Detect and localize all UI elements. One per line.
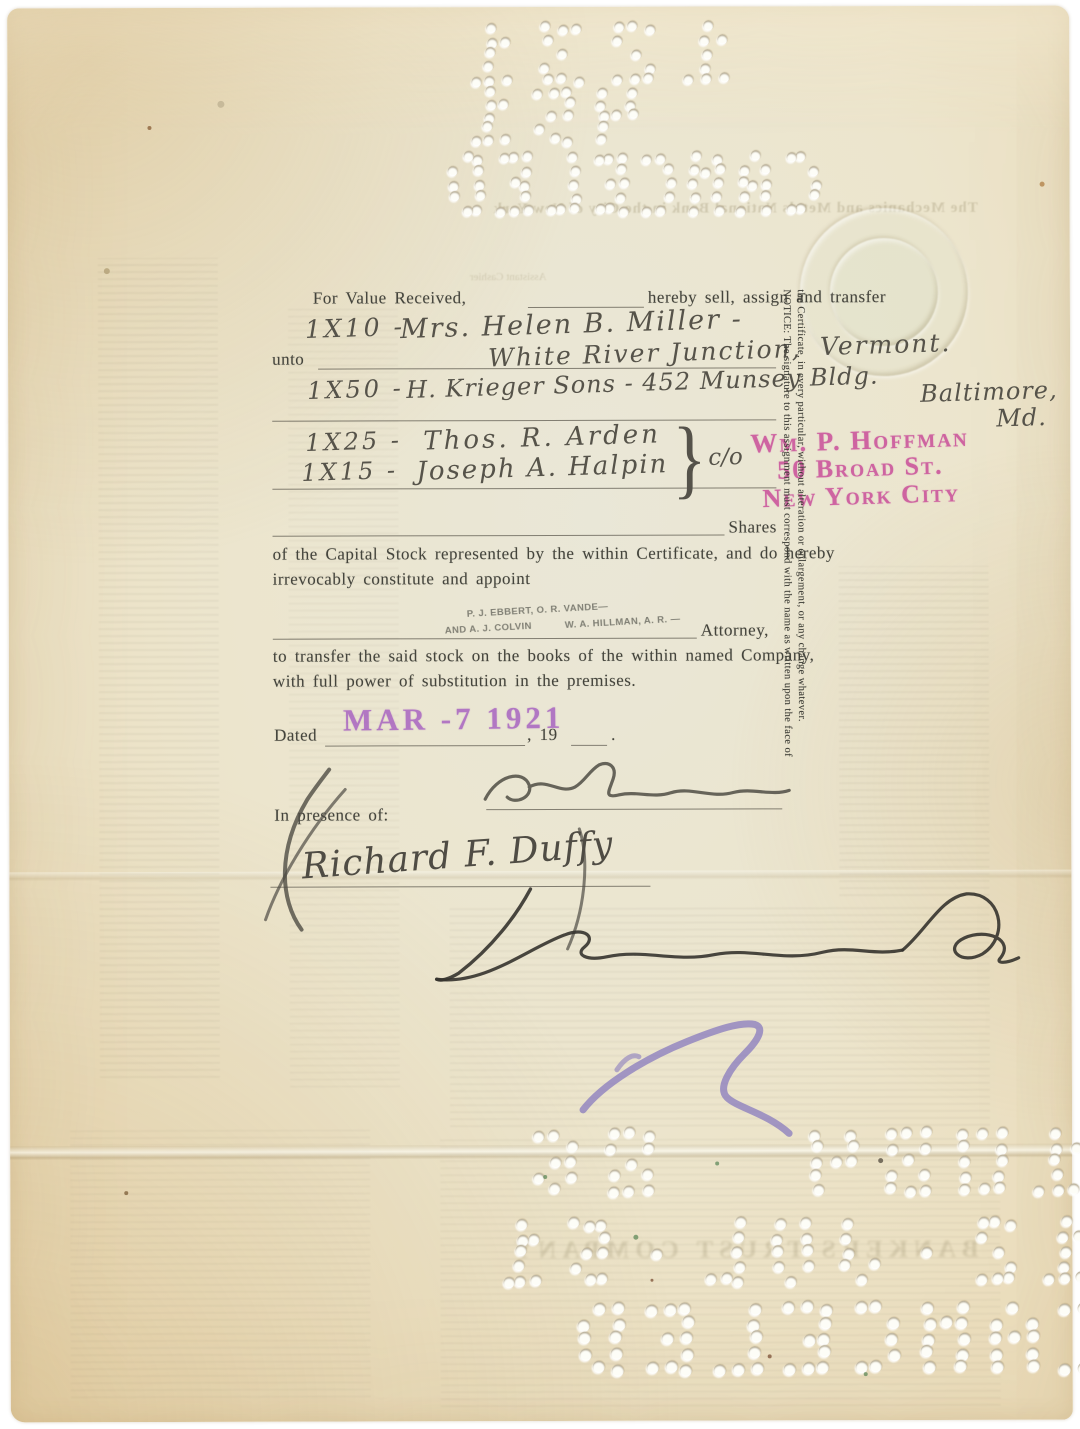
- punch-hole: [901, 1127, 912, 1138]
- punch-hole: [543, 74, 553, 84]
- punch-hole: [715, 206, 725, 216]
- attorney-names-stamp-line1: P. J. EBBERT, O. R. VANDE—: [467, 601, 609, 620]
- showthrough-band: [288, 307, 400, 1087]
- punch-hole: [922, 1302, 934, 1314]
- punch-hole: [784, 1363, 796, 1375]
- paper-speck: [124, 1191, 128, 1195]
- punch-hole: [831, 1156, 842, 1167]
- punch-hole: [1057, 1232, 1068, 1243]
- punch-hole: [578, 1320, 590, 1332]
- punch-hole: [611, 1348, 623, 1360]
- punch-hole: [991, 1349, 1003, 1361]
- punch-hole: [1009, 1331, 1021, 1343]
- punch-hole: [561, 87, 571, 97]
- punch-hole: [818, 1333, 830, 1345]
- punch-hole: [627, 88, 637, 98]
- punch-hole: [574, 77, 584, 87]
- punch-hole: [568, 152, 578, 162]
- punch-hole: [1058, 1262, 1069, 1273]
- punch-hole: [701, 74, 711, 84]
- punch-hole: [482, 121, 492, 131]
- punch-hole: [471, 77, 481, 87]
- punch-hole: [596, 204, 606, 214]
- punch-hole: [1071, 1143, 1080, 1154]
- punch-hole: [642, 155, 652, 165]
- punch-hole: [846, 1155, 857, 1166]
- punch-hole: [732, 1276, 743, 1287]
- punch-row: [472, 1218, 1080, 1301]
- punch-hole: [979, 1183, 990, 1194]
- unto-label: unto: [272, 350, 304, 370]
- year-blank-line: [571, 745, 607, 746]
- punch-cancellation-layer: [7, 6, 1069, 9]
- punch-hole: [1003, 1272, 1014, 1283]
- punch-hole: [571, 24, 581, 34]
- punch-hole: [735, 1216, 746, 1227]
- punch-hole: [989, 1216, 1000, 1227]
- punch-hole: [449, 181, 459, 191]
- punch-hole: [532, 89, 542, 99]
- punch-hole: [997, 1155, 1008, 1166]
- punch-hole: [643, 1143, 654, 1154]
- punch-hole: [702, 50, 712, 60]
- punch-hole: [761, 190, 771, 200]
- paper-speck: [768, 1354, 772, 1358]
- punch-hole: [959, 1156, 970, 1167]
- entry4-quantity: 1X15 -: [301, 456, 398, 487]
- punch-hole: [941, 1316, 953, 1328]
- punch-hole: [664, 164, 674, 174]
- punch-hole: [630, 74, 640, 84]
- punch-hole: [548, 1130, 559, 1141]
- punch-hole: [773, 1261, 784, 1272]
- punch-hole: [680, 1365, 692, 1377]
- punch-hole: [731, 1246, 742, 1257]
- company-signature-scrawl: [434, 884, 1034, 1021]
- punch-hole: [714, 1365, 726, 1377]
- punch-hole: [558, 25, 568, 35]
- attorney-blank-line: [273, 638, 697, 640]
- punch-hole: [665, 1304, 677, 1316]
- punch-hole: [740, 191, 750, 201]
- punch-hole: [503, 1277, 514, 1288]
- punch-hole: [667, 178, 677, 188]
- punch-hole: [903, 1154, 914, 1165]
- punch-hole: [886, 1333, 898, 1345]
- punch-hole: [498, 99, 508, 109]
- punch-hole: [617, 164, 627, 174]
- punch-hole: [771, 1234, 782, 1245]
- punch-hole: [905, 1186, 916, 1197]
- punch-hole: [486, 100, 496, 110]
- attorney-label: Attorney,: [701, 620, 769, 640]
- paper-speck: [1040, 182, 1045, 187]
- punch-hole: [485, 86, 495, 96]
- punch-hole: [993, 1247, 1004, 1258]
- punch-row: [445, 87, 637, 158]
- punch-hole: [716, 164, 726, 174]
- punch-hole: [958, 1140, 969, 1151]
- punch-hole: [991, 1319, 1003, 1331]
- punch-hole: [569, 180, 579, 190]
- punch-hole: [992, 1361, 1004, 1373]
- paper-speck: [147, 126, 151, 130]
- punch-hole: [502, 75, 512, 85]
- punch-hole: [530, 1275, 541, 1286]
- shares-blank-line: [273, 535, 725, 537]
- punch-hole: [870, 1360, 882, 1372]
- punch-hole: [801, 1233, 812, 1244]
- punch-hole: [993, 1171, 1004, 1182]
- punch-hole: [608, 1187, 619, 1198]
- punch-hole: [796, 203, 806, 213]
- punch-hole: [733, 1231, 744, 1242]
- punch-hole: [856, 1301, 868, 1313]
- paper-speck: [543, 1175, 547, 1179]
- punch-hole: [1007, 1302, 1019, 1314]
- punch-hole: [631, 50, 641, 60]
- punch-hole: [889, 1349, 901, 1361]
- punch-hole: [840, 1233, 851, 1244]
- punch-hole: [570, 1263, 581, 1274]
- punch-hole: [606, 179, 616, 189]
- punch-hole: [619, 207, 629, 217]
- punch-hole: [925, 1318, 937, 1330]
- punch-hole: [787, 204, 797, 214]
- punch-hole: [612, 1365, 624, 1377]
- punch-hole: [614, 22, 624, 32]
- punch-hole: [549, 1183, 560, 1194]
- punch-hole: [500, 37, 510, 47]
- punch-hole: [1061, 1216, 1072, 1227]
- punch-hole: [800, 1217, 811, 1228]
- punch-hole: [579, 1332, 591, 1344]
- punch-row: [784, 1128, 1080, 1210]
- punch-hole: [666, 1361, 678, 1373]
- punch-hole: [888, 1317, 900, 1329]
- punch-hole: [611, 110, 621, 120]
- punch-hole: [990, 1332, 1002, 1344]
- punch-hole: [597, 1247, 608, 1258]
- punch-hole: [614, 1319, 626, 1331]
- punch-hole: [595, 155, 605, 165]
- entry4-name: Joseph A. Halpin: [416, 449, 669, 487]
- ghost-assistant-cashier: Assistant Cashier: [470, 271, 547, 283]
- punch-hole: [886, 1128, 897, 1139]
- year-period: .: [611, 725, 616, 745]
- punch-hole: [705, 1274, 716, 1285]
- punch-hole: [1005, 1220, 1016, 1231]
- punch-hole: [886, 1170, 897, 1181]
- punch-hole: [485, 47, 495, 57]
- punch-hole: [802, 1300, 814, 1312]
- punch-hole: [521, 191, 531, 201]
- punch-hole: [1068, 1184, 1079, 1195]
- punch-hole: [620, 178, 630, 188]
- dated-label: Dated: [274, 726, 317, 746]
- punch-hole: [992, 1273, 1003, 1284]
- punch-hole: [550, 133, 560, 143]
- punch-hole: [557, 49, 567, 59]
- punch-hole: [562, 137, 572, 147]
- punch-hole: [762, 205, 772, 215]
- punch-hole: [681, 1332, 693, 1344]
- punch-hole: [921, 1126, 932, 1137]
- punch-hole: [775, 1218, 786, 1229]
- punch-hole: [476, 190, 486, 200]
- punch-hole: [464, 151, 474, 161]
- punch-hole: [543, 35, 553, 45]
- punch-hole: [486, 23, 496, 33]
- punch-hole: [817, 1361, 829, 1373]
- punch-hole: [624, 1127, 635, 1138]
- punch-hole: [599, 1232, 610, 1243]
- punch-hole: [1073, 1231, 1080, 1242]
- punch-hole: [748, 180, 758, 190]
- punch-hole: [550, 1157, 561, 1168]
- punch-hole: [605, 203, 615, 213]
- punch-hole: [921, 1247, 932, 1258]
- punch-hole: [751, 1330, 763, 1342]
- punch-hole: [752, 1362, 764, 1374]
- punch-hole: [511, 177, 521, 187]
- punch-hole: [749, 1346, 761, 1358]
- transfer-line1: to transfer the said stock on the books …: [273, 645, 815, 666]
- punch-hole: [996, 1144, 1007, 1155]
- punch-hole: [533, 1173, 544, 1184]
- punch-hole: [1050, 1128, 1061, 1139]
- punch-hole: [566, 1172, 577, 1183]
- brace-glyph: }: [672, 409, 706, 510]
- punch-hole: [785, 1276, 796, 1287]
- punch-hole: [688, 179, 698, 189]
- punch-hole: [820, 1317, 832, 1329]
- punch-hole: [689, 207, 699, 217]
- punch-hole: [528, 1234, 539, 1245]
- paper-speck: [650, 1279, 653, 1282]
- punch-hole: [500, 153, 510, 163]
- punch-hole: [656, 154, 666, 164]
- paper-speck: [715, 1162, 719, 1166]
- hoffman-stamp-city: New York City: [737, 478, 986, 514]
- entry1-quantity: 1X10 -: [305, 312, 406, 344]
- punch-hole: [772, 1245, 783, 1256]
- punch-hole: [513, 1260, 524, 1271]
- punch-hole: [856, 1274, 867, 1285]
- punch-hole: [568, 1217, 579, 1228]
- punch-hole: [802, 1244, 813, 1255]
- punch-hole: [547, 205, 557, 215]
- punch-hole: [804, 1334, 816, 1346]
- punch-hole: [484, 76, 494, 86]
- punch-hole: [921, 1345, 933, 1357]
- certificate-back-paper: The Mechanics and Metals National Bank i…: [7, 6, 1073, 1423]
- punch-hole: [700, 64, 710, 74]
- punch-hole: [810, 189, 820, 199]
- punch-hole: [563, 110, 573, 120]
- punch-hole: [870, 1300, 882, 1312]
- punch-hole: [595, 1220, 606, 1231]
- punch-hole: [496, 207, 506, 217]
- punch-hole: [920, 1143, 931, 1154]
- punch-hole: [645, 25, 655, 35]
- punch-hole: [523, 151, 533, 161]
- punch-hole: [812, 1140, 823, 1151]
- punch-hole: [534, 124, 544, 134]
- punch-hole: [821, 1304, 833, 1316]
- punch-hole: [976, 1232, 987, 1243]
- punch-hole: [787, 152, 797, 162]
- punch-hole: [683, 1316, 695, 1328]
- punch-hole: [540, 21, 550, 31]
- entry2-state: Md.: [996, 403, 1047, 433]
- punch-hole: [1059, 1273, 1070, 1284]
- punch-row: [555, 1302, 1080, 1390]
- punch-hole: [483, 135, 493, 145]
- entry1-state: Vermont.: [820, 328, 952, 361]
- punch-hole: [616, 193, 626, 203]
- punch-hole: [595, 101, 605, 111]
- punch-hole: [509, 152, 519, 162]
- punch-hole: [1027, 1318, 1039, 1330]
- purple-crayon-mark: [555, 1011, 805, 1142]
- punch-hole: [471, 136, 481, 146]
- punch-hole: [546, 111, 556, 121]
- punch-hole: [609, 1128, 620, 1139]
- punch-hole: [683, 75, 693, 85]
- punch-hole: [570, 203, 580, 213]
- punch-hole: [580, 1349, 592, 1361]
- punch-hole: [556, 73, 566, 83]
- punch-hole: [691, 193, 701, 203]
- punch-hole: [813, 1184, 824, 1195]
- capital-stock-line1: of the Capital Stock represented by the …: [273, 543, 835, 564]
- punch-hole: [524, 205, 534, 215]
- punch-hole: [656, 206, 666, 216]
- punch-hole: [959, 1333, 971, 1345]
- punch-hole: [885, 1182, 896, 1193]
- punch-hole: [920, 1185, 931, 1196]
- punch-hole: [594, 1303, 606, 1315]
- punch-hole: [610, 1331, 622, 1343]
- punch-hole: [612, 75, 622, 85]
- punch-hole: [596, 1273, 607, 1284]
- punch-hole: [762, 179, 772, 189]
- punch-hole: [642, 1169, 653, 1180]
- punch-hole: [520, 181, 530, 191]
- punch-hole: [609, 1170, 620, 1181]
- punch-hole: [651, 1249, 662, 1260]
- showthrough-band: [839, 566, 990, 896]
- punch-hole: [463, 206, 473, 216]
- hoffman-address-stamp: Wm. P. Hoffman 50 Broad St. New York Cit…: [735, 422, 985, 514]
- punch-hole: [796, 151, 806, 161]
- punch-hole: [682, 1349, 694, 1361]
- punch-hole: [960, 1172, 971, 1183]
- punch-hole: [584, 1221, 595, 1232]
- capital-stock-line2: irrevocably constitute and appoint: [273, 569, 531, 590]
- punch-hole: [646, 1305, 658, 1317]
- punch-hole: [514, 1276, 525, 1287]
- year-prefix: , 19: [527, 725, 558, 745]
- punch-hole: [623, 1186, 634, 1197]
- punch-hole: [721, 1272, 732, 1283]
- punch-hole: [475, 180, 485, 190]
- punch-hole: [869, 1258, 880, 1269]
- punch-hole: [516, 1219, 527, 1230]
- punch-hole: [783, 1301, 795, 1313]
- punch-hole: [734, 1261, 745, 1272]
- punch-hole: [692, 151, 702, 161]
- punch-hole: [599, 111, 609, 121]
- punch-hole: [643, 1185, 654, 1196]
- punch-hole: [565, 1156, 576, 1167]
- notice-column-2: the Certificate, in every particular, wi…: [793, 289, 809, 917]
- punch-hole: [474, 165, 484, 175]
- punch-hole: [811, 1157, 822, 1168]
- punch-hole: [959, 1184, 970, 1195]
- punch-hole: [750, 1303, 762, 1315]
- punch-hole: [1028, 1360, 1040, 1372]
- punch-hole: [1052, 1169, 1063, 1180]
- punch-hole: [598, 121, 608, 131]
- punch-row: [436, 152, 820, 228]
- punch-hole: [448, 166, 458, 176]
- punch-hole: [647, 1362, 659, 1374]
- punch-hole: [955, 1360, 967, 1372]
- punch-hole: [703, 21, 713, 31]
- punch-hole: [1028, 1330, 1040, 1342]
- punch-hole: [1043, 1274, 1054, 1285]
- punch-hole: [1059, 1304, 1071, 1316]
- punch-hole: [679, 1303, 691, 1315]
- punch-hole: [642, 207, 652, 217]
- punch-hole: [957, 1129, 968, 1140]
- punch-hole: [604, 154, 614, 164]
- punch-hole: [719, 73, 729, 83]
- punch-hole: [994, 1182, 1005, 1193]
- punch-hole: [977, 1128, 988, 1139]
- punch-hole: [662, 1333, 674, 1345]
- punch-hole: [556, 204, 566, 214]
- paper-speck: [878, 1158, 883, 1163]
- punch-hole: [712, 192, 722, 202]
- paper-speck: [104, 268, 110, 274]
- punch-hole: [819, 1345, 831, 1357]
- punch-hole: [1027, 1348, 1039, 1360]
- punch-hole: [665, 192, 675, 202]
- punch-hole: [626, 1159, 637, 1170]
- showthrough-band: [98, 258, 220, 1078]
- punch-hole: [690, 165, 700, 175]
- punch-hole: [761, 164, 771, 174]
- punch-hole: [627, 21, 637, 31]
- punch-hole: [585, 1274, 596, 1285]
- for-value-received-text: For Value Received,: [313, 288, 467, 308]
- punch-hole: [740, 165, 750, 175]
- punch-hole: [956, 1317, 968, 1329]
- punch-hole: [810, 1169, 821, 1180]
- paper-speck: [217, 101, 224, 108]
- showthrough-band: [70, 1127, 371, 1398]
- attorney-names-stamp-line2: W. A. HILLMAN, A. R. —: [565, 614, 681, 631]
- punch-hole: [919, 1169, 930, 1180]
- punch-hole: [613, 1302, 625, 1314]
- punch-hole: [714, 178, 724, 188]
- punch-hole: [809, 166, 819, 176]
- punch-hole: [644, 1131, 655, 1142]
- punch-hole: [958, 1301, 970, 1313]
